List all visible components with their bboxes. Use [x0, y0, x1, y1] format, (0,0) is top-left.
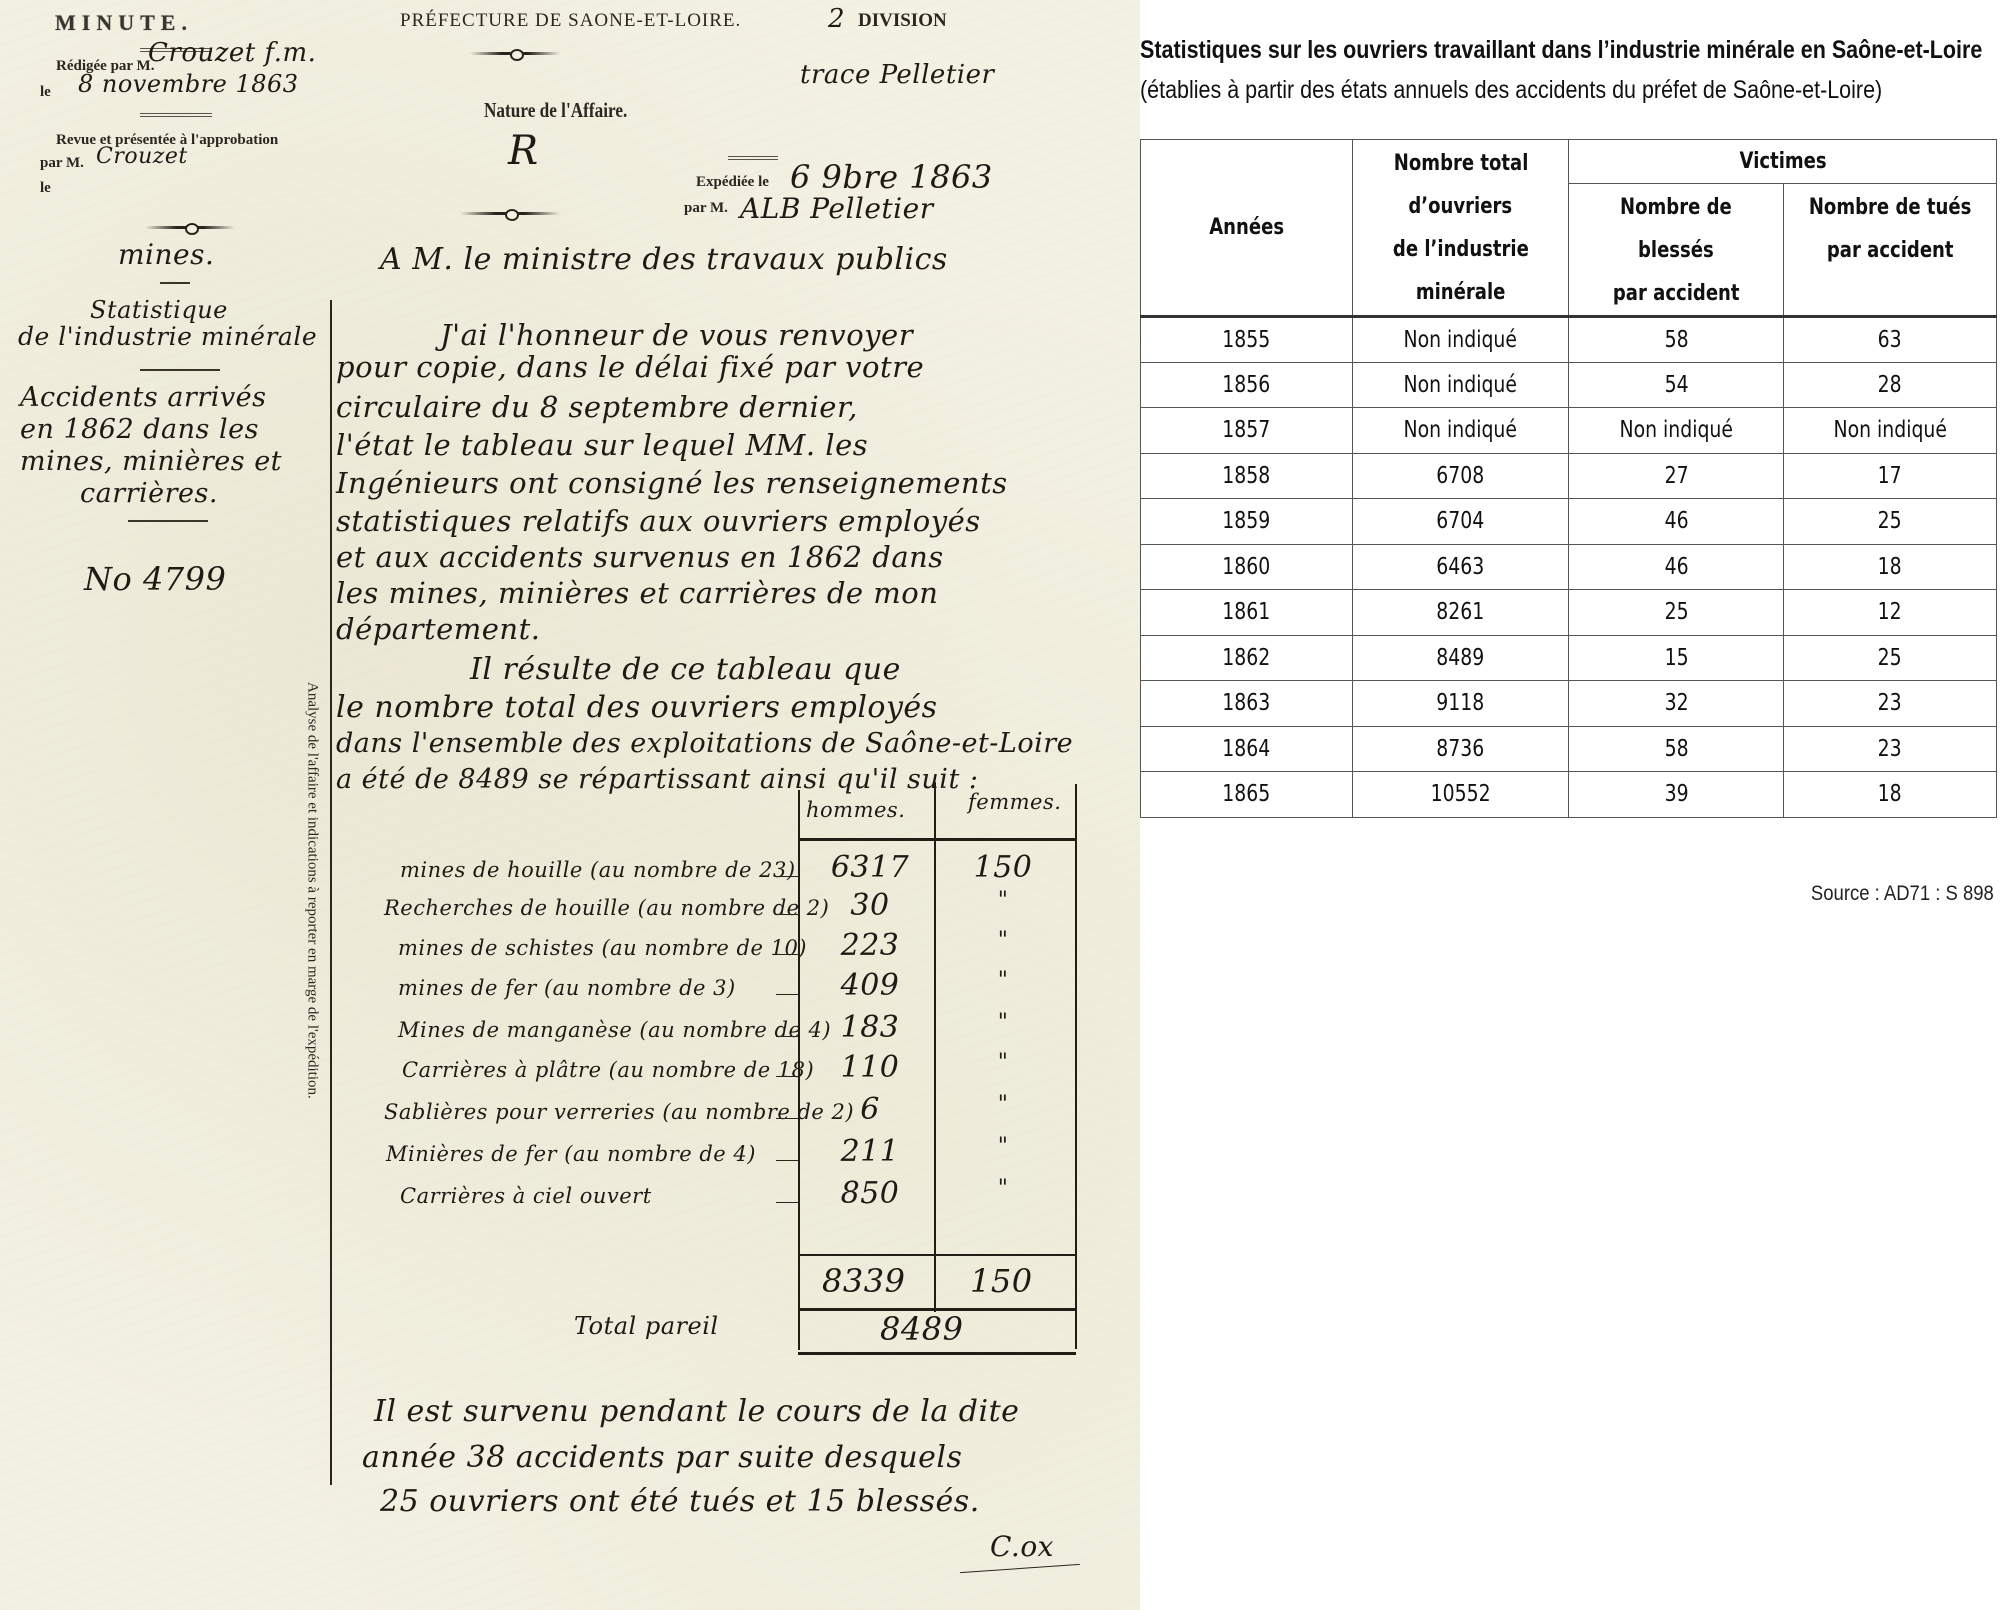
letter-line: J'ai l'honneur de vous renvoyer	[440, 318, 913, 352]
col-hommes: hommes.	[806, 798, 905, 822]
cell-killed: 17	[1784, 453, 1997, 499]
breakdown-hommes: 409	[830, 968, 910, 1003]
table-row: 186182612512	[1141, 590, 1997, 636]
breakdown-femmes: "	[968, 1050, 1038, 1075]
cell-year: 1858	[1141, 453, 1353, 499]
breakdown-label: mines de houille (au nombre de 23)	[400, 858, 796, 882]
letter-line: département.	[336, 612, 540, 646]
cell-killed: 18	[1784, 772, 1997, 818]
cell-injured: 15	[1569, 635, 1784, 681]
margin-accidents-line4: carrières.	[80, 478, 218, 509]
nature-label: Nature de l'Affaire.	[484, 98, 627, 123]
revue-par-value: Crouzet	[96, 144, 188, 169]
breakdown-hommes: 211	[830, 1134, 910, 1169]
header-injured: Nombre de blessés par accident	[1569, 184, 1784, 317]
ornament-divider	[145, 226, 235, 229]
cell-injured: 46	[1569, 499, 1784, 545]
cell-injured: Non indiqué	[1569, 408, 1784, 454]
divider	[140, 369, 220, 371]
cell-year: 1864	[1141, 726, 1353, 772]
cell-killed: Non indiqué	[1784, 408, 1997, 454]
leader-line	[776, 954, 798, 955]
leader-line	[776, 1202, 798, 1203]
letter-line: l'état le tableau sur lequel MM. les	[336, 428, 868, 462]
minute-label: MINUTE.	[55, 10, 193, 36]
cell-workers: 8489	[1352, 635, 1569, 681]
margin-subject-line1: Statistique	[90, 296, 228, 324]
letter-line: les mines, minières et carrières de mon	[336, 576, 938, 610]
cell-workers: Non indiqué	[1352, 317, 1569, 363]
leader-line	[776, 1118, 798, 1119]
margin-vertical-rule	[330, 300, 332, 1485]
cell-workers: 9118	[1352, 681, 1569, 727]
header-killed: Nombre de tués par accident	[1784, 184, 1997, 317]
letter-line: pour copie, dans le délai fixé par votre	[336, 350, 924, 384]
prefecture-title: PRÉFECTURE DE SAONE-ET-LOIRE.	[400, 10, 741, 32]
statistics-title: Statistiques sur les ouvriers travaillan…	[1140, 30, 1996, 110]
breakdown-label: Recherches de houille (au nombre de 2)	[384, 896, 829, 920]
divider	[728, 156, 778, 160]
cell-year: 1861	[1141, 590, 1353, 636]
header-workers: Nombre total d’ouvriers de l’industrie m…	[1352, 140, 1569, 317]
cell-year: 1855	[1141, 317, 1353, 363]
signature: C.ox	[990, 1530, 1054, 1563]
breakdown-femmes: "	[968, 968, 1038, 993]
margin-subject-line2: de l'industrie minérale	[18, 322, 317, 351]
margin-accidents-line3: mines, minières et	[20, 446, 282, 477]
divider	[160, 282, 190, 284]
table-rule	[798, 1254, 1076, 1256]
statistics-title-bold: Statistiques sur les ouvriers travaillan…	[1140, 36, 1982, 64]
cell-killed: 25	[1784, 635, 1997, 681]
closing-line: Il est survenu pendant le cours de la di…	[374, 1394, 1019, 1429]
cell-injured: 58	[1569, 726, 1784, 772]
breakdown-femmes: "	[968, 1010, 1038, 1035]
cell-killed: 25	[1784, 499, 1997, 545]
divider	[140, 113, 212, 117]
ornament-divider	[470, 52, 560, 55]
table-row: 1857Non indiquéNon indiquéNon indiqué	[1141, 408, 1997, 454]
le-label: le	[40, 84, 51, 101]
cell-year: 1865	[1141, 772, 1353, 818]
margin-accidents-line2: en 1862 dans les	[20, 414, 259, 445]
breakdown-label: Mines de manganèse (au nombre de 4)	[398, 1018, 831, 1042]
total-label: Total pareil	[574, 1312, 719, 1340]
statistics-table: Années Nombre total d’ouvriers de l’indu…	[1140, 139, 1997, 818]
cell-injured: 32	[1569, 681, 1784, 727]
expediee-par-label: par M.	[684, 200, 728, 217]
cell-injured: 54	[1569, 362, 1784, 408]
header-years: Années	[1141, 140, 1353, 317]
table-row: 185867082717	[1141, 453, 1997, 499]
breakdown-hommes: 183	[830, 1010, 910, 1045]
cell-workers: 8261	[1352, 590, 1569, 636]
expediee-par-value: ALB Pelletier	[740, 192, 934, 225]
cell-injured: 25	[1569, 590, 1784, 636]
margin-service: mines.	[118, 238, 214, 271]
cell-year: 1859	[1141, 499, 1353, 545]
table-row: 1855Non indiqué5863	[1141, 317, 1997, 363]
breakdown-label: Carrières à ciel ouvert	[400, 1184, 652, 1208]
table-rule	[798, 838, 1076, 841]
total-value: 8489	[880, 1310, 963, 1348]
redigee-value: Crouzet f.m.	[148, 38, 316, 68]
redigee-date: 8 novembre 1863	[78, 70, 299, 98]
divider	[128, 520, 208, 522]
closing-line: 25 ouvriers ont été tués et 15 blessés.	[380, 1484, 980, 1519]
source-note: Source : AD71 : S 898	[1811, 882, 1994, 906]
cell-workers: Non indiqué	[1352, 362, 1569, 408]
letter-line: et aux accidents survenus en 1862 dans	[336, 540, 944, 574]
cell-workers: Non indiqué	[1352, 408, 1569, 454]
subtotal-hommes: 8339	[822, 1262, 905, 1300]
annotation-top: trace Pelletier	[800, 60, 994, 90]
margin-accidents-line1: Accidents arrivés	[20, 382, 266, 413]
expediee-value: 6 9bre 1863	[790, 158, 993, 196]
letter-line: Il résulte de ce tableau que	[470, 652, 901, 687]
table-row: 186391183223	[1141, 681, 1997, 727]
cell-year: 1856	[1141, 362, 1353, 408]
margin-number: No 4799	[84, 560, 226, 598]
leader-line	[776, 1076, 798, 1077]
letter-line: a été de 8489 se répartissant ainsi qu'i…	[336, 764, 978, 795]
cell-workers: 8736	[1352, 726, 1569, 772]
breakdown-femmes: "	[968, 1092, 1038, 1117]
nature-mark: R	[508, 128, 539, 174]
breakdown-hommes: 30	[830, 888, 910, 923]
table-row: 186284891525	[1141, 635, 1997, 681]
letter-line: statistiques relatifs aux ouvriers emplo…	[336, 504, 981, 538]
leader-line	[776, 1036, 798, 1037]
table-rule	[798, 1352, 1076, 1355]
cell-year: 1857	[1141, 408, 1353, 454]
statistics-table-body: 1855Non indiqué58631856Non indiqué542818…	[1141, 317, 1997, 818]
col-femmes: femmes.	[968, 790, 1061, 814]
breakdown-hommes: 850	[830, 1176, 910, 1211]
table-rule	[1075, 784, 1077, 1349]
cell-killed: 63	[1784, 317, 1997, 363]
cell-year: 1860	[1141, 544, 1353, 590]
leader-line	[776, 876, 798, 877]
cell-killed: 12	[1784, 590, 1997, 636]
letter-line: Ingénieurs ont consigné les renseignemen…	[336, 466, 1008, 500]
cell-workers: 10552	[1352, 772, 1569, 818]
cell-injured: 58	[1569, 317, 1784, 363]
cell-killed: 18	[1784, 544, 1997, 590]
table-row: 186064634618	[1141, 544, 1997, 590]
revue-par-label: par M.	[40, 155, 84, 172]
breakdown-femmes: "	[968, 888, 1038, 913]
cell-killed: 23	[1784, 726, 1997, 772]
cell-year: 1863	[1141, 681, 1353, 727]
table-rule	[934, 782, 936, 1312]
breakdown-hommes: 6	[830, 1092, 910, 1127]
table-row: 1856Non indiqué5428	[1141, 362, 1997, 408]
manuscript-scan: MINUTE. Rédigée par M. Crouzet f.m. le 8…	[0, 0, 1140, 1610]
cell-workers: 6708	[1352, 453, 1569, 499]
cell-year: 1862	[1141, 635, 1353, 681]
breakdown-femmes: 150	[968, 850, 1038, 885]
leader-line	[776, 1160, 798, 1161]
table-row: 185967044625	[1141, 499, 1997, 545]
revue-le-label: le	[40, 180, 51, 197]
leader-line	[776, 914, 798, 915]
cell-killed: 23	[1784, 681, 1997, 727]
letter-line: le nombre total des ouvriers employés	[336, 690, 938, 725]
breakdown-hommes: 110	[830, 1050, 910, 1085]
breakdown-femmes: "	[968, 928, 1038, 953]
letter-line: dans l'ensemble des exploitations de Saô…	[336, 728, 1073, 759]
subtotal-femmes: 150	[970, 1262, 1033, 1300]
signature-flourish	[960, 1564, 1080, 1573]
breakdown-label: Sablières pour verreries (au nombre de 2…	[384, 1100, 854, 1124]
breakdown-hommes: 6317	[830, 850, 910, 885]
letter-line: circulaire du 8 septembre dernier,	[336, 390, 858, 424]
breakdown-hommes: 223	[830, 928, 910, 963]
breakdown-label: Minières de fer (au nombre de 4)	[386, 1142, 756, 1166]
breakdown-label: Carrières à plâtre (au nombre de 18)	[402, 1058, 814, 1082]
addressee: A M. le ministre des travaux publics	[380, 242, 948, 277]
division-number: 2	[828, 4, 845, 34]
breakdown-label: mines de fer (au nombre de 3)	[398, 976, 736, 1000]
margin-vertical-caption: Analyse de l'affaire et indications à re…	[296, 625, 328, 1155]
table-row: 1865105523918	[1141, 772, 1997, 818]
breakdown-femmes: "	[968, 1176, 1038, 1201]
cell-killed: 28	[1784, 362, 1997, 408]
expediee-label: Expédiée le	[696, 174, 769, 191]
breakdown-femmes: "	[968, 1134, 1038, 1159]
cell-injured: 39	[1569, 772, 1784, 818]
closing-line: année 38 accidents par suite desquels	[362, 1440, 962, 1475]
division-label: DIVISION	[858, 10, 947, 32]
table-row: 186487365823	[1141, 726, 1997, 772]
cell-injured: 46	[1569, 544, 1784, 590]
cell-injured: 27	[1569, 453, 1784, 499]
cell-workers: 6463	[1352, 544, 1569, 590]
statistics-title-rest: (établies à partir des états annuels des…	[1140, 76, 1882, 104]
ornament-divider	[460, 212, 560, 215]
leader-line	[776, 994, 798, 995]
breakdown-label: mines de schistes (au nombre de 10)	[398, 936, 807, 960]
header-victims: Victimes	[1569, 140, 1997, 184]
cell-workers: 6704	[1352, 499, 1569, 545]
